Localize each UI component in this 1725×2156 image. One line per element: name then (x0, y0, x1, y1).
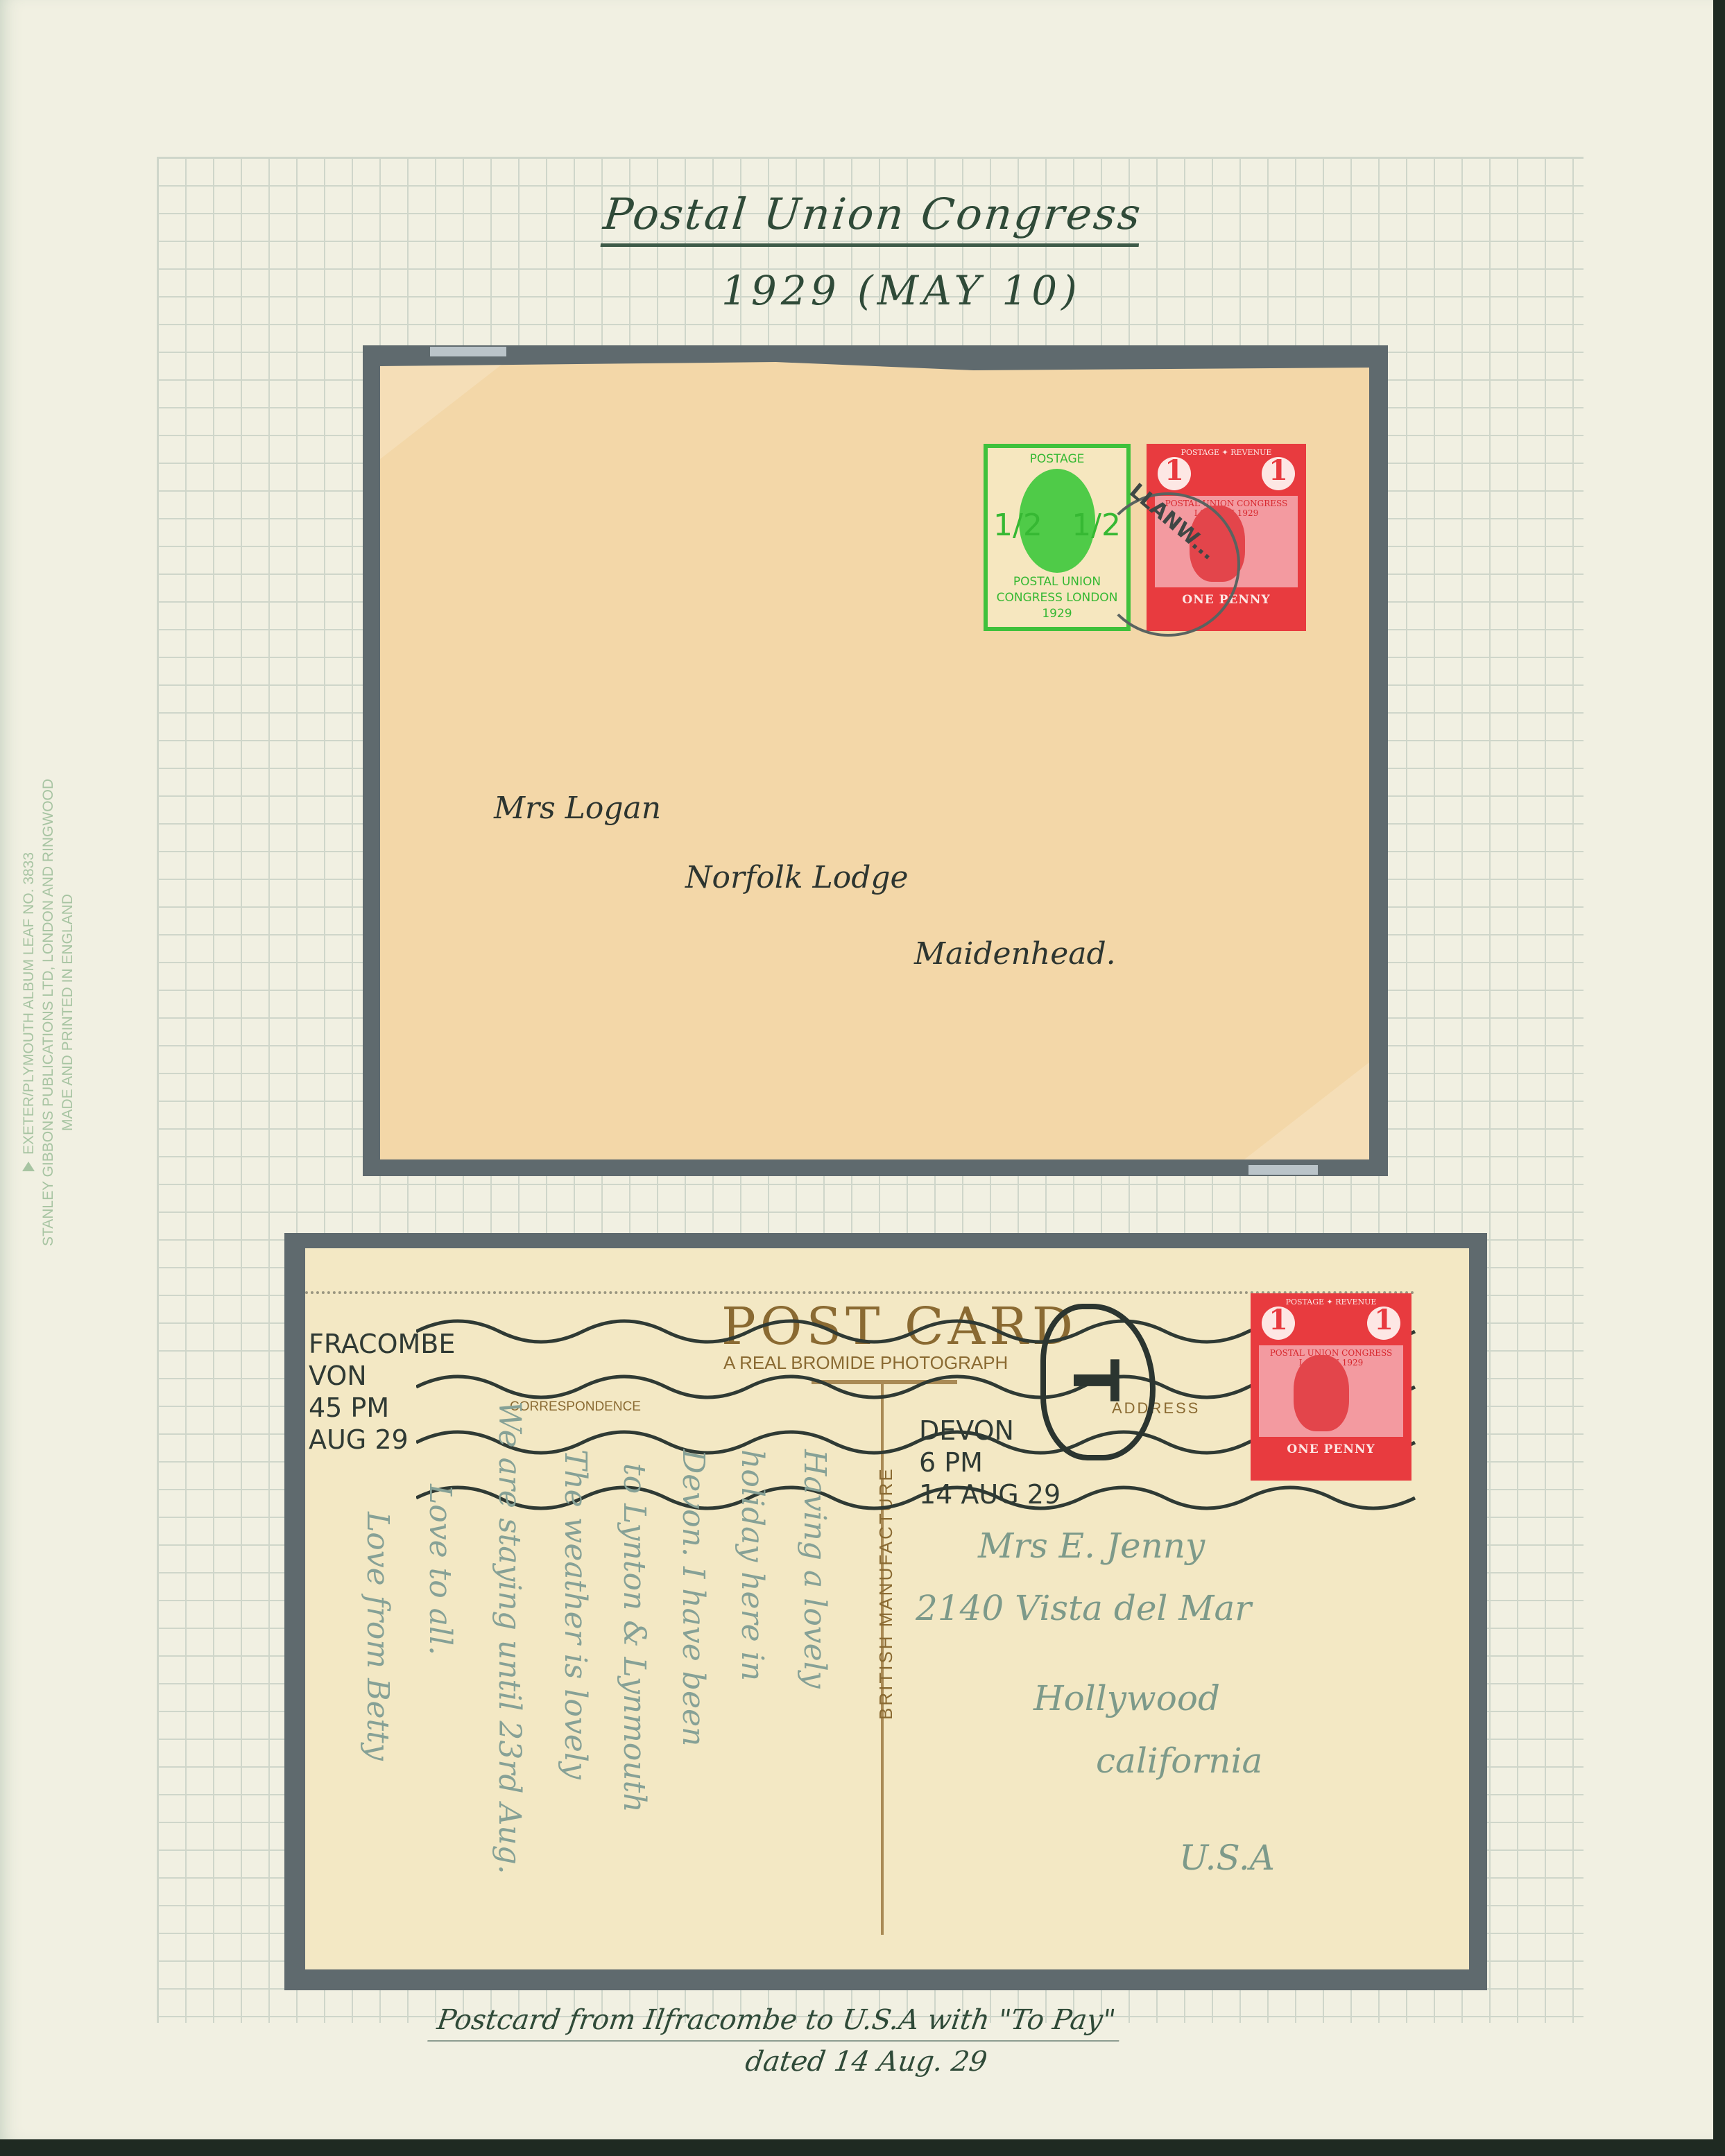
cancel-date: AUG 29 (309, 1424, 455, 1456)
cancel-time: 6 PM (919, 1447, 1061, 1478)
message-line: holiday here in (735, 1449, 770, 1681)
cancel-date: 14 AUG 29 (919, 1478, 1061, 1510)
stamp-value-left: 1 (1158, 457, 1191, 490)
message-line: We are staying until 23rd Aug. (492, 1401, 527, 1874)
king-portrait-icon (1294, 1355, 1349, 1431)
pc-address-line-5: U.S.A (1179, 1838, 1275, 1878)
mount-hinge (430, 347, 506, 356)
pc-address-line-2: 2140 Vista del Mar (916, 1588, 1251, 1628)
imprint-line-1: EXETER/PLYMOUTH ALBUM LEAF NO. 3833 (21, 852, 37, 1155)
address-line-2: Norfolk Lodge (685, 860, 909, 895)
stamp-bottom-text: ONE PENNY (1251, 1442, 1411, 1456)
caption-line-1: Postcard from Ilfracombe to U.S.A with "… (427, 2004, 1124, 2042)
page-subtitle: 1929 (MAY 10) (721, 267, 1081, 314)
to-pay-letter: T (1058, 1359, 1131, 1402)
page-title: Postal Union Congress (601, 189, 1145, 247)
message-line: Love to all. (422, 1484, 458, 1655)
cancel-county: DEVON (919, 1415, 1061, 1447)
message-line: Having a lovely (797, 1449, 832, 1689)
triangle-marker-icon (22, 1162, 35, 1171)
imprint-line-2: STANLEY GIBBONS PUBLICATIONS LTD, LONDON… (39, 763, 58, 1262)
stamp-one-penny[interactable]: POSTAGE ✦ REVENUE 11 POSTAL UNION CONGRE… (1251, 1293, 1411, 1481)
publisher-imprint: EXETER/PLYMOUTH ALBUM LEAF NO. 3833 STAN… (19, 763, 78, 1262)
pc-address-line-4: california (1096, 1741, 1262, 1781)
cancel-county: VON (309, 1360, 455, 1392)
caption-line-2: dated 14 Aug. 29 (744, 2046, 989, 2078)
machine-cancel-left: FRACOMBE VON 45 PM AUG 29 (309, 1328, 455, 1456)
perforation-line (305, 1291, 1415, 1297)
mount-hinge (1248, 1165, 1318, 1175)
stamp-value-right: 1 (1262, 457, 1295, 490)
cancel-town: FRACOMBE (309, 1328, 455, 1360)
album-leaf: EXETER/PLYMOUTH ALBUM LEAF NO. 3833 STAN… (0, 0, 1713, 2139)
stamp-value-left: 1/2 (993, 510, 1042, 541)
imprint-line-3: MADE AND PRINTED IN ENGLAND (58, 763, 78, 1262)
correspondence-label: CORRESPONDENCE (510, 1399, 641, 1415)
stamp-top-text: POSTAGE (988, 452, 1126, 466)
address-line-3: Maidenhead. (914, 936, 1116, 972)
machine-cancel-right: DEVON 6 PM 14 AUG 29 (919, 1415, 1061, 1510)
message-line: Devon. I have been (676, 1449, 711, 1746)
pc-address-line-1: Mrs E. Jenny (978, 1526, 1205, 1566)
stamp-value-right: 1 (1367, 1306, 1400, 1340)
pc-address-line-3: Hollywood (1033, 1678, 1220, 1718)
message-line: The weather is lovely (558, 1449, 593, 1779)
cancel-time: 45 PM (309, 1392, 455, 1424)
stamp-year: 1929 (988, 607, 1126, 621)
stamp-value-left: 1 (1262, 1306, 1295, 1340)
photo-corner (1244, 1062, 1369, 1159)
address-line-1: Mrs Logan (494, 791, 661, 826)
photo-corner (380, 362, 505, 459)
postcard-subtitle: A REAL BROMIDE PHOTOGRAPH (723, 1352, 1008, 1374)
message-line: Love from Betty (360, 1512, 395, 1761)
message-line: to Lynton & Lynmouth (617, 1463, 652, 1813)
